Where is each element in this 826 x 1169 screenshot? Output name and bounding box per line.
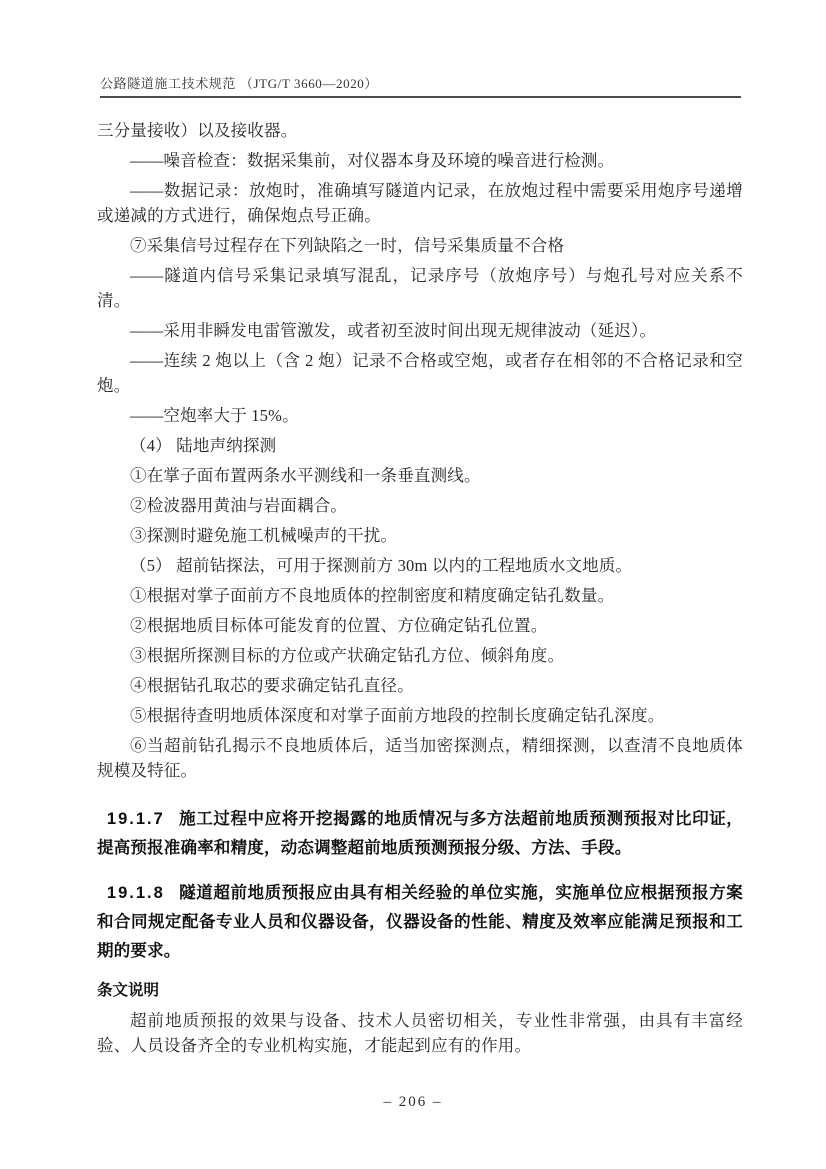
clause-text: 施工过程中应将开挖揭露的地质情况与多方法超前地质预测预报对比印证，提高预报准确率… — [97, 810, 743, 857]
body-paragraph: ①在掌子面布置两条水平测线和一条垂直测线。 — [97, 463, 743, 488]
clause-number: 19.1.7 — [107, 810, 165, 828]
body-paragraph: ③根据所探测目标的方位或产状确定钻孔方位、倾斜角度。 — [97, 643, 743, 668]
body-paragraph: ——采用非瞬发电雷管激发，或者初至波时间出现无规律波动（延迟）。 — [97, 318, 743, 343]
body-paragraph: ①根据对掌子面前方不良地质体的控制密度和精度确定钻孔数量。 — [97, 583, 743, 608]
page-footer: – 206 – — [0, 1092, 826, 1112]
body-paragraph: ⑥当超前钻孔揭示不良地质体后，适当加密探测点，精细探测，以查清不良地质体规模及特… — [97, 733, 743, 783]
clause-19-1-7: 19.1.7施工过程中应将开挖揭露的地质情况与多方法超前地质预测预报对比印证，提… — [97, 805, 743, 863]
notes-paragraph: 超前地质预报的效果与设备、技术人员密切相关，专业性非常强，由具有丰富经验、人员设… — [97, 1008, 743, 1058]
clause-19-1-8: 19.1.8隧道超前地质预报应由具有相关经验的单位实施，实施单位应根据预报方案和… — [97, 879, 743, 966]
body-paragraph: ②根据地质目标体可能发育的位置、方位确定钻孔位置。 — [97, 613, 743, 638]
notes-heading: 条文说明 — [97, 978, 743, 1003]
body-paragraph: ——数据记录：放炮时，准确填写隧道内记录，在放炮过程中需要采用炮序号递增或递减的… — [97, 178, 743, 228]
body-paragraph: ——连续 2 炮以上（含 2 炮）记录不合格或空炮，或者存在相邻的不合格记录和空… — [97, 348, 743, 398]
body-paragraph: ②检波器用黄油与岩面耦合。 — [97, 493, 743, 518]
body-paragraph: ④根据钻孔取芯的要求确定钻孔直径。 — [97, 673, 743, 698]
body-paragraph: ——噪音检查：数据采集前，对仪器本身及环境的噪音进行检测。 — [97, 148, 743, 173]
page-header: 公路隧道施工技术规范 （JTG/T 3660—2020） — [100, 76, 741, 98]
body-paragraphs: 三分量接收）以及接收器。 ——噪音检查：数据采集前，对仪器本身及环境的噪音进行检… — [97, 118, 743, 783]
clause-number: 19.1.8 — [107, 884, 165, 902]
body-paragraph: ⑦采集信号过程存在下列缺陷之一时，信号采集质量不合格 — [97, 233, 743, 258]
page-content: 三分量接收）以及接收器。 ——噪音检查：数据采集前，对仪器本身及环境的噪音进行检… — [97, 118, 743, 1063]
document-page: 公路隧道施工技术规范 （JTG/T 3660—2020） 三分量接收）以及接收器… — [0, 0, 826, 1169]
header-title: 公路隧道施工技术规范 （JTG/T 3660—2020） — [100, 76, 378, 91]
clause-text: 隧道超前地质预报应由具有相关经验的单位实施，实施单位应根据预报方案和合同规定配备… — [97, 884, 743, 960]
body-paragraph: （4） 陆地声纳探测 — [97, 433, 743, 458]
body-paragraph: ③探测时避免施工机械噪声的干扰。 — [97, 523, 743, 548]
body-paragraph: （5） 超前钻探法，可用于探测前方 30m 以内的工程地质水文地质。 — [97, 553, 743, 578]
page-number: – 206 – — [384, 1094, 443, 1110]
body-paragraph: ——空炮率大于 15%。 — [97, 403, 743, 428]
body-paragraph: ⑤根据待查明地质体深度和对掌子面前方地段的控制长度确定钻孔深度。 — [97, 703, 743, 728]
body-paragraph: 三分量接收）以及接收器。 — [97, 118, 743, 143]
body-paragraph: ——隧道内信号采集记录填写混乱，记录序号（放炮序号）与炮孔号对应关系不清。 — [97, 263, 743, 313]
